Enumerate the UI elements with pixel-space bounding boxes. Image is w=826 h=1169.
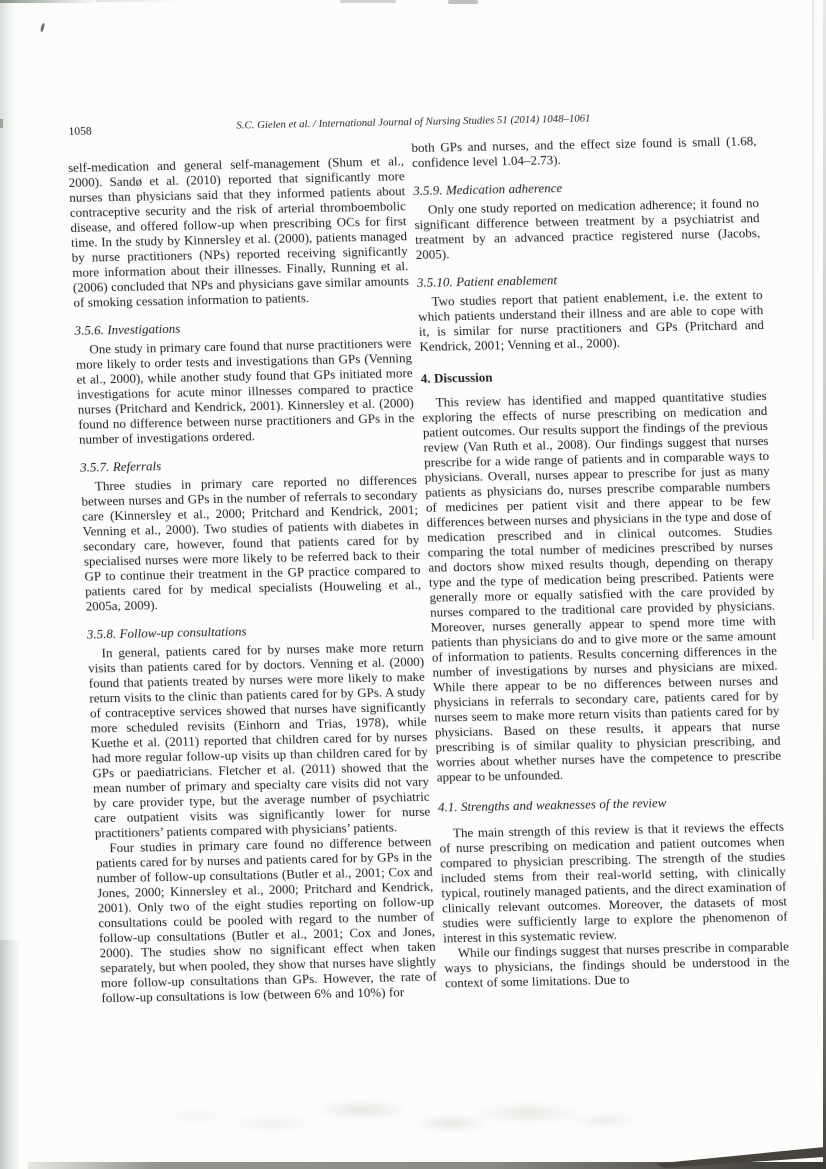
paragraph-effect-size: both GPs and nurses, and the effect size… <box>411 133 757 170</box>
section-heading-patient-enablement: 3.5.10. Patient enablement <box>417 268 763 290</box>
scan-edge-left-lower <box>0 940 21 1169</box>
paragraph-medication-adherence: Only one study reported on medication ad… <box>414 195 761 262</box>
section-heading-strengths-weaknesses: 4.1. Strengths and weaknesses of the rev… <box>438 793 784 815</box>
scan-speck <box>0 119 3 128</box>
section-heading-investigations: 3.5.6. Investigations <box>74 316 411 338</box>
paragraph-discussion: This review has identified and mapped qu… <box>421 388 782 785</box>
paragraph-strengths-2: While our findings suggest that nurses p… <box>444 939 791 991</box>
right-column: both GPs and nurses, and the effect size… <box>411 133 790 990</box>
scan-edge-top-faint <box>96 0 184 2</box>
scan-top-dash <box>340 0 396 3</box>
scan-edge-top <box>0 0 102 3</box>
scan-crease <box>812 0 814 640</box>
running-head: S.C. Gielen et al. / International Journ… <box>66 109 760 135</box>
scan-bleedthrough <box>80 1092 720 1144</box>
scan-top-dash <box>448 0 478 4</box>
section-heading-discussion: 4. Discussion <box>420 364 766 386</box>
scanned-journal-page: 1058 S.C. Gielen et al. / International … <box>0 0 826 1169</box>
page-content: 1058 S.C. Gielen et al. / International … <box>66 102 760 116</box>
left-column: self-medication and general self-managem… <box>68 153 438 1005</box>
paragraph-self-medication: self-medication and general self-managem… <box>68 153 410 310</box>
paragraph-referrals: Three studies in primary care reported n… <box>81 472 422 614</box>
scan-speck <box>40 23 45 32</box>
paragraph-patient-enablement: Two studies report that patient enableme… <box>417 287 764 354</box>
paragraph-investigations: One study in primary care found that nur… <box>75 335 415 447</box>
section-heading-referrals: 3.5.7. Referrals <box>80 453 417 475</box>
paragraph-follow-up-1: In general, patients cared for by nurses… <box>87 639 431 841</box>
section-heading-follow-up-consultations: 3.5.8. Follow-up consultations <box>87 620 424 642</box>
paragraph-strengths-1: The main strength of this review is that… <box>439 819 789 946</box>
section-heading-medication-adherence: 3.5.9. Medication adherence <box>413 176 759 198</box>
paragraph-follow-up-2: Four studies in primary care found no di… <box>95 834 438 1006</box>
